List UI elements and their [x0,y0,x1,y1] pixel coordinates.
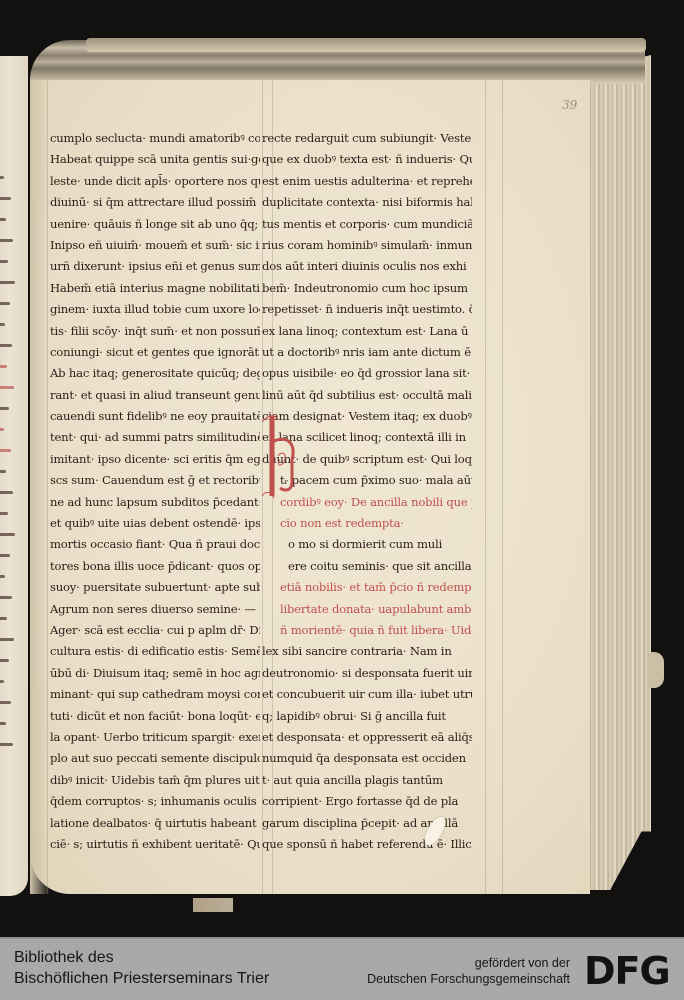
manuscript-line: o mo si dormierit cum muli [262,534,472,555]
funder-line2: Deutschen Forschungsgemeinschaft [352,971,570,987]
page-stack-right-edge [583,55,651,890]
manuscript-line: diuinū· si q̄m attrectare illud possim̄ … [50,192,260,213]
manuscript-line: scs sum· Cauendum est ḡ et rectoribus [50,470,260,491]
book-top-board [86,38,646,52]
manuscript-line: Agrum non seres diuerso semine· — [50,599,260,620]
manuscript-line: rant· et quasi in aliud transeunt genus [50,385,260,406]
manuscript-line: deutronomio· si desponsata fuerit uirgo· [262,663,472,684]
manuscript-line: la opant· Uerbo triticum spargit· exem [50,727,260,748]
manuscript-line: tent· qui· ad summi patrs similitudinē [50,427,260,448]
facing-page-line [0,260,8,263]
parchment-stain [193,898,233,912]
manuscript-line: etiā nobilis· et tam̄ p̄cio ñ redempta· … [262,577,472,598]
library-name-line2: Bischöflichen Priesterseminars Trier [14,968,269,989]
manuscript-line: ere coitu seminis· que sit ancilla [262,556,472,577]
manuscript-line: et desponsata· et oppresserit eā aliq̄s· [262,727,472,748]
manuscript-line: tuti· dicūt et non faciūt· bona loqūt· e… [50,706,260,727]
manuscript-line: ne ad hunc lapsum subditos p̄cedant· [50,492,260,513]
facing-page-line [0,218,6,221]
manuscript-line: cumplo seclucta· mundi amatoribꝰ conform… [50,128,260,149]
funder-credit: gefördert von der Deutschen Forschungsge… [352,955,570,987]
facing-page-line [0,680,4,683]
facing-page-line [0,302,10,305]
manuscript-line: leste· unde dicit apl̄s· oportere nos qu… [50,171,260,192]
facing-page-line [0,239,13,242]
facing-page-line [0,449,11,452]
manuscript-line: libertate donata· uapulabunt ambo et [262,599,472,620]
facing-page-line [0,575,5,578]
facing-page-text-fragment [0,176,18,776]
dfg-logo: DFG [584,952,670,990]
library-name-line1: Bibliothek des [14,947,269,968]
facing-page-line [0,701,11,704]
manuscript-line: cio non est redempta· [262,513,472,534]
facing-page-line [0,470,6,473]
manuscript-line: que sponsū ñ habet referendū ē· Illici [262,834,472,855]
manuscript-line: est enim uestis adulterina· et reprehens… [262,171,472,192]
manuscript-line: imitant· ipso dicente· sci eritis q̄m eg… [50,449,260,470]
manuscript-line: ciē· s; uirtutis ñ exhibent ueritatē· Qu… [50,834,260,855]
facing-page-left [0,56,28,896]
facing-page-line [0,617,7,620]
facing-page-line [0,491,13,494]
manuscript-line: dibꝰ inicit· Uidebis tam̄ q̄m plures uit… [50,770,260,791]
manuscript-line: linū aūt q̄d subtilius est· occultā mali [262,385,472,406]
manuscript-line: coniungi· sicut et gentes que ignorāt dm… [50,342,260,363]
manuscript-line: ñ morientē· quia ñ fuit libera· Uidet [262,620,472,641]
manuscript-line: que ex duobꝰ texta est· ñ indueris· Que [262,149,472,170]
facing-page-line [0,428,4,431]
manuscript-line: numquid q̄a desponsata est occiden [262,748,472,769]
facing-page-line [0,176,4,179]
manuscript-line: q̄dem corruptos· s; inhumanis oculis sim… [50,791,260,812]
manuscript-line: repetisset· ñ indueris inq̄t uestimto. q… [262,299,472,320]
manuscript-line: lex sibi sancire contraria· Nam in [262,641,472,662]
manuscript-line: rius coram hominibꝰ simulam̄· inmun [262,235,472,256]
manuscript-line: et concubuerit uir cum illa· iubet utrū [262,684,472,705]
manuscript-line: t· aut quia ancilla plagis tantūm [262,770,472,791]
library-credit: Bibliothek des Bischöflichen Priestersem… [14,947,269,989]
manuscript-line: ut a doctoribꝰ nris iam ante dictum ē [262,342,472,363]
facing-page-line [0,407,9,410]
manuscript-line: urñ dixerunt· ipsius eñi et genus sumus· [50,256,260,277]
manuscript-line: ginem· iuxta illud tobie cum uxore loqn [50,299,260,320]
folio-number: 39 [562,98,577,112]
manuscript-line: Habem̄ etiā interius magne nobilitatis o… [50,278,260,299]
facing-page-line [0,344,12,347]
ruling-line [47,80,48,894]
manuscript-line: mortis occasio fiant· Qua ñ praui doc [50,534,260,555]
manuscript-line: q; lapidibꝰ obrui· Si ḡ ancilla fuit [262,706,472,727]
facing-page-line [0,596,12,599]
decorated-initial-h [258,412,298,500]
manuscript-line: ex lana linoq; contextum est· Lana ū [262,321,472,342]
facing-page-line [0,386,14,389]
ruling-line [485,80,486,894]
manuscript-line: et quibꝰ uite uias debent ostendē· ipsis [50,513,260,534]
manuscript-line: recte redarguit cum subiungit· Veste [262,128,472,149]
manuscript-line: Habeat quippe scā unita gentis sui·genꝰ … [50,149,260,170]
facing-page-line [0,659,9,662]
manuscript-line: dos aūt interi diuinis oculis nos exhi [262,256,472,277]
manuscript-line: opus uisibile· eo q̄d grossior lana sit· [262,363,472,384]
manuscript-line: Inipso eñ uiuim̄· mouem̄ et sum̄· sic in… [50,235,260,256]
manuscript-line: Ager· scā est ecclia· cui p aplm dr̄· Di… [50,620,260,641]
manuscript-line: latione dealbatos· q̄ uirtutis habeant s… [50,813,260,834]
facing-page-line [0,512,8,515]
footer-banner: Bibliothek des Bischöflichen Priestersem… [0,937,684,1000]
manuscript-line: uenire· quāuis ñ longe sit ab uno q̄q; n… [50,214,260,235]
facing-page-line [0,743,13,746]
facing-page-line [0,323,5,326]
manuscript-line: ūbū di· Diuisum itaq; semē in hoc agro s… [50,663,260,684]
binding-tab [648,652,664,688]
manuscript-line: minant· qui sup cathedram moysi consti [50,684,260,705]
facing-page-line [0,197,11,200]
manuscript-scan: 39 cumplo seclucta· mundi amatoribꝰ conf… [0,0,684,937]
manuscript-line: duplicitate contexta· nisi biformis habi [262,192,472,213]
facing-page-line [0,722,6,725]
manuscript-line: tis· filii scōy· inq̄t sum̄· et non poss… [50,321,260,342]
facing-page-line [0,554,10,557]
facing-page-line [0,638,14,641]
manuscript-line: tus mentis et corporis· cum mundiciā ext… [262,214,472,235]
manuscript-line: tores bona illis uoce p̄dicant· quos opū [50,556,260,577]
manuscript-line: cauendi sunt fidelibꝰ ne eoy prauitatē i… [50,406,260,427]
text-column-left: cumplo seclucta· mundi amatoribꝰ conform… [50,128,260,855]
funder-line1: gefördert von der [352,955,570,971]
facing-page-line [0,533,15,536]
manuscript-line: corripient· Ergo fortasse q̄d de pla [262,791,472,812]
manuscript-line: bem̄· Indeutronomio cum hoc ipsum [262,278,472,299]
manuscript-line: cultura estis· di edificatio estis· Semē… [50,641,260,662]
manuscript-line: plo aut suo peccati semente discipuloy c… [50,748,260,769]
ruling-line [502,80,503,894]
manuscript-line: suoy· puersitate subuertunt· apte subiun… [50,577,260,598]
facing-page-line [0,281,15,284]
facing-page-line [0,365,7,368]
manuscript-line: Ab hac itaq; generositate quicūq; degene [50,363,260,384]
